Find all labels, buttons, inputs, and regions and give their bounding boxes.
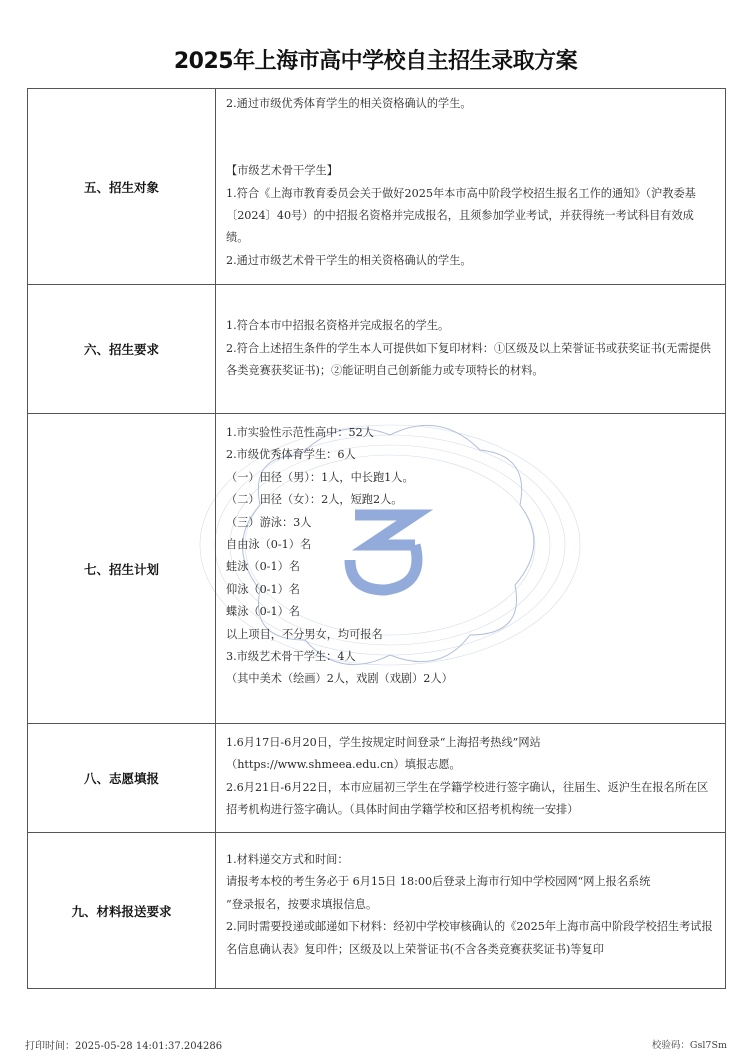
content-line: 2.同时需要投递或邮递如下材料：经初中学校审核确认的《2025年上海市高中阶段学… [226,916,715,961]
content-line: 请报考本校的考生务必于 6月15日 18:00后登录上海市行知中学校园网“网上报… [226,871,715,893]
document-title: 2025年上海市高中学校自主招生录取方案 [0,44,751,75]
content-line: 【市级艺术骨干学生】 [226,160,715,182]
content-line: 1.符合本市中招报名资格并完成报名的学生。 [226,315,715,337]
section-content: 1.材料递交方式和时间： 请报考本校的考生务必于 6月15日 18:00后登录上… [216,833,726,989]
content-line: 仰泳（0-1）名 [226,579,715,601]
content-line: 2.符合上述招生条件的学生本人可提供如下复印材料：①区级及以上荣誉证书或获奖证书… [226,338,715,383]
print-time: 打印时间：2025-05-28 14:01:37.204286 [25,1037,222,1052]
content-line: 1.市实验性示范性高中：52人 [226,422,715,444]
content-line: 1.6月17日-6月20日，学生按规定时间登录“上海招考热线”网站 [226,732,715,754]
section-content: 1.符合本市中招报名资格并完成报名的学生。 2.符合上述招生条件的学生本人可提供… [216,285,726,414]
content-line: 2.通过市级优秀体育学生的相关资格确认的学生。 [226,93,715,115]
content-line: 蛙泳（0-1）名 [226,556,715,578]
checksum: 校验码：Gsl7Sm [652,1037,727,1051]
admission-plan-table: 五、招生对象 2.通过市级优秀体育学生的相关资格确认的学生。 【市级艺术骨干学生… [27,88,726,989]
table-row: 五、招生对象 2.通过市级优秀体育学生的相关资格确认的学生。 【市级艺术骨干学生… [28,89,726,285]
section-label: 八、志愿填报 [28,724,216,833]
section-label: 五、招生对象 [28,89,216,285]
content-line: ”登录报名，按要求填报信息。 [226,894,715,916]
content-line: 蝶泳（0-1）名 [226,601,715,623]
content-line: （https://www.shmeea.edu.cn）填报志愿。 [226,754,715,776]
content-line: （三）游泳：3人 [226,512,715,534]
blank-line [226,138,715,160]
content-line: 2.通过市级艺术骨干学生的相关资格确认的学生。 [226,250,715,272]
section-label: 六、招生要求 [28,285,216,414]
table-row: 六、招生要求 1.符合本市中招报名资格并完成报名的学生。 2.符合上述招生条件的… [28,285,726,414]
section-label: 七、招生计划 [28,414,216,724]
content-line: 2.6月21日-6月22日，本市应届初三学生在学籍学校进行签字确认，往届生、返沪… [226,777,715,822]
table-row: 八、志愿填报 1.6月17日-6月20日，学生按规定时间登录“上海招考热线”网站… [28,724,726,833]
content-line: （其中美术（绘画）2人，戏剧（戏剧）2人） [226,668,715,690]
section-label: 九、材料报送要求 [28,833,216,989]
content-line: （二）田径（女）：2人，短跑2人。 [226,489,715,511]
content-line: 1.材料递交方式和时间： [226,849,715,871]
content-line: 自由泳（0-1）名 [226,534,715,556]
content-line: （一）田径（男）：1人，中长跑1人。 [226,467,715,489]
section-content: 1.市实验性示范性高中：52人 2.市级优秀体育学生：6人 （一）田径（男）：1… [216,414,726,724]
content-line: 以上项目，不分男女，均可报名 [226,624,715,646]
blank-line [226,115,715,137]
section-content: 1.6月17日-6月20日，学生按规定时间登录“上海招考热线”网站 （https… [216,724,726,833]
content-line: 3.市级艺术骨干学生：4人 [226,646,715,668]
table-row: 七、招生计划 1.市实验性示范性高中：52人 2.市级优秀体育学生：6人 （一）… [28,414,726,724]
content-line: 2.市级优秀体育学生：6人 [226,444,715,466]
section-content: 2.通过市级优秀体育学生的相关资格确认的学生。 【市级艺术骨干学生】 1.符合《… [216,89,726,285]
table-row: 九、材料报送要求 1.材料递交方式和时间： 请报考本校的考生务必于 6月15日 … [28,833,726,989]
content-line: 1.符合《上海市教育委员会关于做好2025年本市高中阶段学校招生报名工作的通知》… [226,183,715,250]
